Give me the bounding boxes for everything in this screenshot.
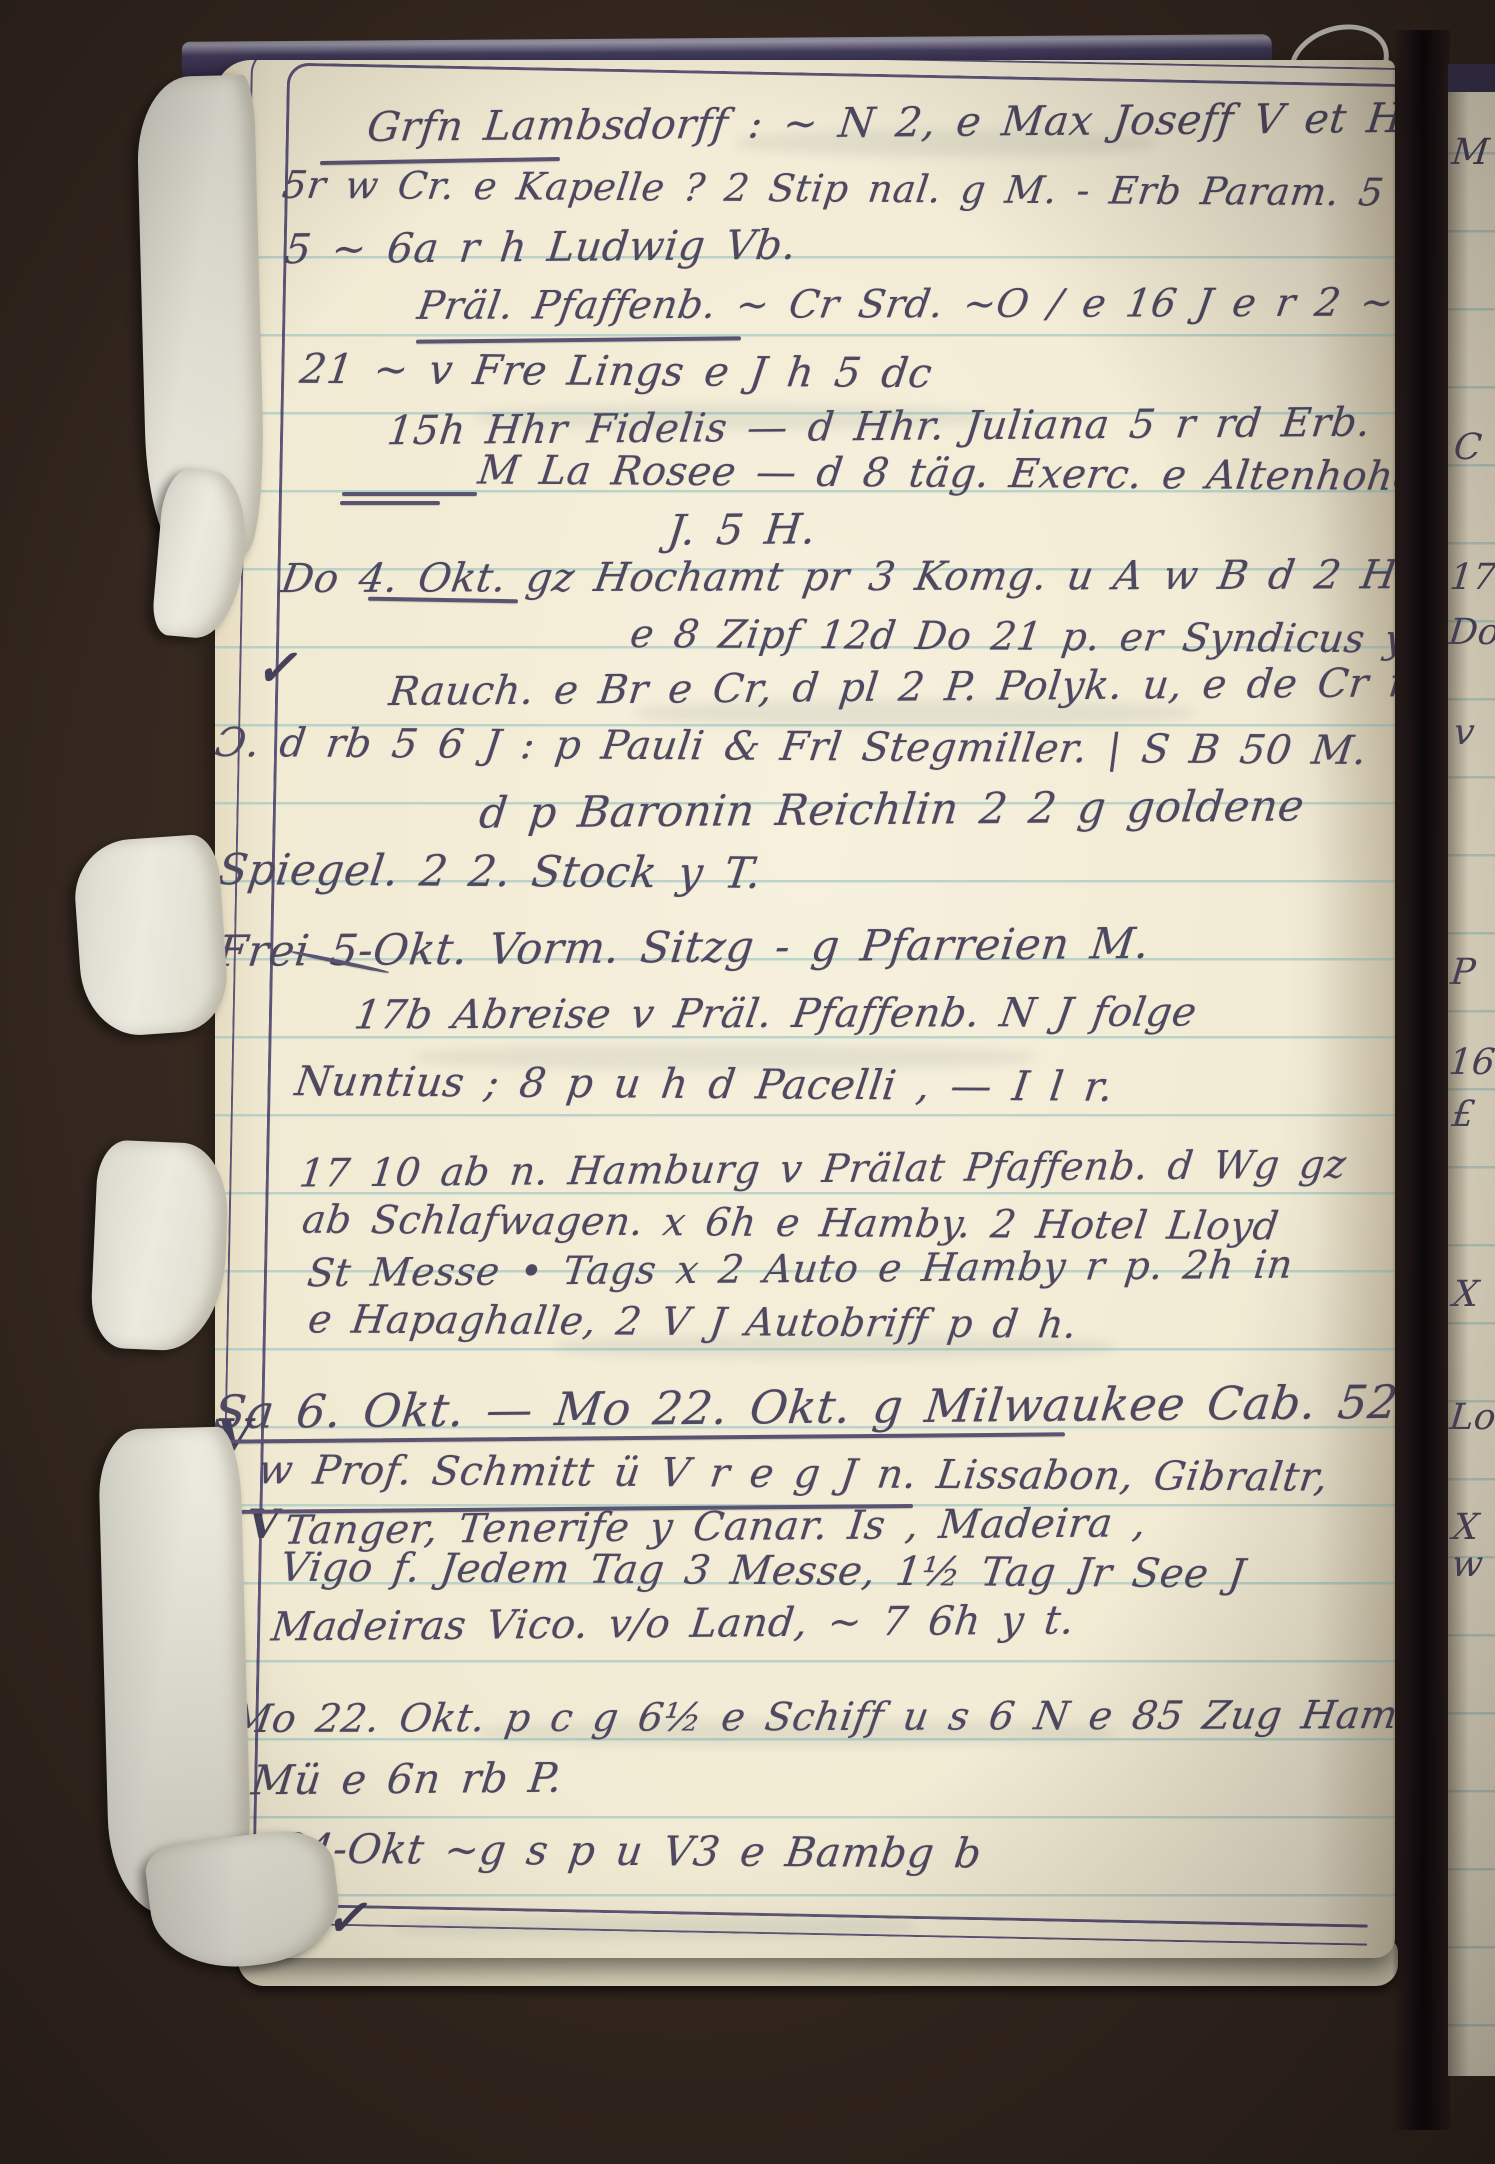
gutter-shadow <box>1392 30 1450 2130</box>
handwritten-line: St Messe • Tags x 2 Auto e Hamby r p. 2h… <box>305 1246 1295 1296</box>
handwritten-line: 24-Okt ~g s p u V3 e Bambg b <box>278 1828 985 1876</box>
handwriting-fragment: 16 <box>1448 1042 1495 1083</box>
handwritten-line: Madeiras Vico. v/o Land, ~ 7 6h y t. <box>269 1600 1076 1649</box>
torn-page-stub <box>71 833 230 1039</box>
handwriting-fragment: Do <box>1448 612 1495 653</box>
handwriting-fragment: £ <box>1450 1094 1477 1135</box>
handwritten-line: Sa 6. Okt. — Mo 22. Okt. g Milwaukee Cab… <box>215 1378 1395 1437</box>
facing-page-sliver: M C 17 Do v P 16 £ X Lo X w <box>1448 92 1495 2076</box>
handwritten-line: Mo 22. Okt. p c g 6½ e Schiff u s 6 N e … <box>229 1696 1395 1741</box>
handwritten-line: Do 4. Okt. gz Hochamt pr 3 Komg. u A w B… <box>278 554 1395 600</box>
handwritten-line: e Hapaghalle, 2 V J Autobriff p d h. <box>306 1300 1080 1346</box>
handwritten-line: d p Baronin Reichlin 2 2 g goldene <box>477 784 1307 836</box>
handwritten-line: 5r w Cr. e Kapelle ? 2 Stip nal. g M. - … <box>280 166 1395 214</box>
handwritten-line: 5 ~ 6a r h Ludwig Vb. <box>282 224 798 272</box>
handwritten-line: Grfn Lambsdorff : ~ N 2, e Max Joseff V … <box>365 96 1395 149</box>
handwriting-fragment: M <box>1450 132 1491 173</box>
handwritten-line: Mü e 6n rb P. <box>249 1757 564 1803</box>
handwritten-line: 15h Hhr Fidelis — d Hhr. Juliana 5 r rd … <box>385 402 1373 453</box>
photo-of-notebook: { "scene": { "backdrop_color": "#33271f"… <box>0 0 1495 2164</box>
handwriting-fragment: X <box>1451 1274 1481 1315</box>
handwritten-line: 17b Abreise v Präl. Pfaffenb. N J folge <box>352 992 1200 1037</box>
handwriting-fragment: P <box>1449 952 1478 993</box>
ink-underline <box>340 501 440 505</box>
handwriting-fragment: X <box>1451 1507 1481 1548</box>
handwritten-line: Präl. Pfaffenb. ~ Cr Srd. ~O / e 16 J e … <box>415 283 1395 328</box>
handwritten-line: e 8 Zipf 12d Do 21 p. er Syndicus y div. <box>628 615 1395 662</box>
handwritten-line: 21 ~ v Fre Lings e J h 5 dc <box>297 348 934 395</box>
handwritten-line: ab Schlafwagen. x 6h e Hamby. 2 Hotel Ll… <box>300 1201 1281 1249</box>
handwriting-fragment: v <box>1452 712 1477 753</box>
handwriting-fragment: w <box>1450 1544 1485 1585</box>
handwritten-line: Nuntius ; 8 p u h d Pacelli , — I l r. <box>293 1060 1116 1109</box>
facing-page-cover-edge <box>1448 64 1495 94</box>
handwritten-line: J. 5 H. <box>665 507 818 552</box>
handwriting-fragment: C <box>1452 427 1484 468</box>
handwritten-line: Vigo f. Jedem Tag 3 Messe, 1½ Tag Jr See… <box>278 1547 1248 1596</box>
ink-underline <box>342 492 477 496</box>
handwritten-line: Ɔ. d rb 5 6 J : p Pauli & Frl Stegmiller… <box>215 722 1369 772</box>
handwriting-fragment: Lo <box>1448 1397 1495 1438</box>
margin-checkmark: ✓ <box>255 642 297 695</box>
handwriting-fragment: 17 <box>1448 557 1495 598</box>
handwritten-line: Spiegel. 2 2. Stock y T. <box>215 848 764 897</box>
notebook-page: Grfn Lambsdorff : ~ N 2, e Max Joseff V … <box>215 60 1395 1958</box>
handwritten-line: Frei 5-Okt. Vorm. Sitzg - g Pfarreien M. <box>215 922 1152 975</box>
handwritten-line: Rauch. e Br e Cr, d pl 2 P. Polyk. u, e … <box>387 661 1395 713</box>
handwritten-line: 17 10 ab n. Hamburg v Prälat Pfaffenb. d… <box>297 1145 1348 1195</box>
handwritten-line: M La Rosee — d 8 täg. Exerc. e Altenhohe… <box>476 449 1395 498</box>
ghost-smudge <box>395 1915 915 1939</box>
handwritten-line: w Prof. Schmitt ü V r e g J n. Lissabon,… <box>256 1449 1331 1498</box>
